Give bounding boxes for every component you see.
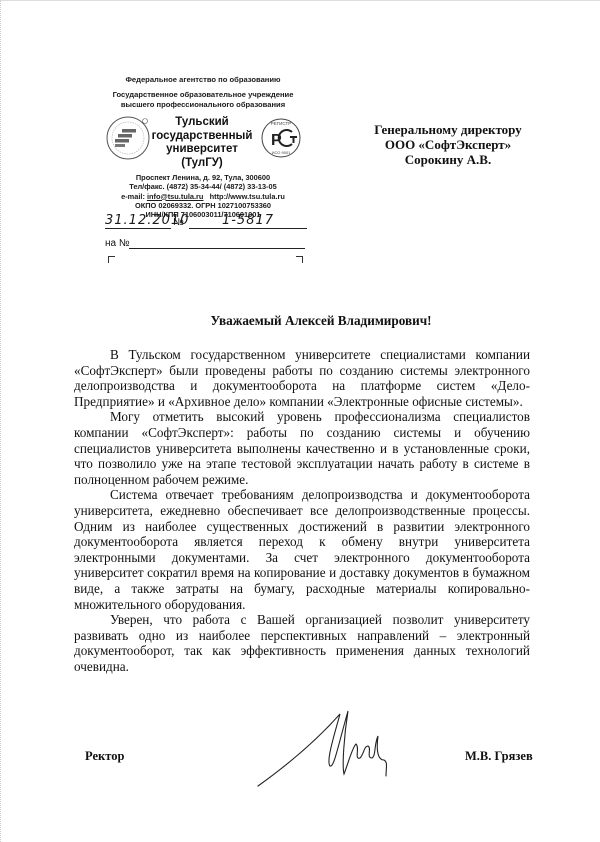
rst-certification-icon: РЕГИСТР Р ИСО 9001 bbox=[260, 117, 302, 159]
corner-mark-right bbox=[296, 256, 303, 263]
university-name-line: (ТулГУ) bbox=[146, 157, 258, 171]
paragraph: Могу отметить высокий уровень профессион… bbox=[74, 409, 530, 487]
email-label: e-mail: bbox=[121, 192, 145, 201]
salutation: Уважаемый Алексей Владимирович! bbox=[61, 313, 581, 329]
website-link[interactable]: http://www.tsu.tula.ru bbox=[210, 192, 285, 201]
paragraph: Уверен, что работа с Вашей организацией … bbox=[74, 612, 530, 674]
svg-text:ИСО 9001: ИСО 9001 bbox=[272, 150, 292, 155]
institution-line-2: высшего профессионального образования bbox=[89, 100, 317, 110]
university-name-line: университет bbox=[146, 143, 258, 157]
svg-text:РЕГИСТР: РЕГИСТР bbox=[271, 121, 292, 126]
university-seal-icon bbox=[105, 115, 151, 161]
institution-line-1: Государственное образовательное учрежден… bbox=[89, 90, 317, 100]
paragraph: Система отвечает требованиям делопроизво… bbox=[74, 487, 530, 612]
reference-label: на № bbox=[105, 238, 130, 249]
reference-row: на № bbox=[105, 238, 305, 249]
phone-fax: Тел/факс. (4872) 35-34-44/ (4872) 33-13-… bbox=[89, 182, 317, 191]
addressee-name: Сорокину А.В. bbox=[341, 152, 555, 167]
letterhead-institution: Государственное образовательное учрежден… bbox=[89, 90, 317, 110]
addressee-block: Генеральному директору ООО «СофтЭксперт»… bbox=[341, 122, 555, 167]
okpo-ogrn: ОКПО 02069332. ОГРН 1027100753360 bbox=[89, 201, 317, 210]
letterhead-agency: Федеральное агентство по образованию bbox=[89, 75, 317, 84]
registration-number: 1-5817 bbox=[189, 213, 307, 229]
paragraph: В Тульском государственном университете … bbox=[74, 347, 530, 409]
letter-page: Федеральное агентство по образованию Гос… bbox=[0, 0, 600, 842]
corner-mark-left bbox=[108, 256, 115, 263]
handwritten-signature-icon bbox=[256, 706, 391, 791]
letter-body: В Тульском государственном университете … bbox=[74, 347, 530, 674]
signatory-name: М.В. Грязев bbox=[465, 749, 533, 764]
university-name: Тульский государственный университет (Ту… bbox=[146, 116, 258, 170]
number-label: № bbox=[173, 217, 184, 228]
email-link[interactable]: info@tsu.tula.ru bbox=[147, 192, 203, 201]
address: Проспект Ленина, д. 92, Тула, 300600 bbox=[89, 173, 317, 182]
addressee-company: ООО «СофтЭксперт» bbox=[341, 137, 555, 152]
email-web-line: e-mail: info@tsu.tula.ru http://www.tsu.… bbox=[89, 192, 317, 201]
registration-date: 31.12.2010 bbox=[105, 213, 171, 229]
addressee-position: Генеральному директору bbox=[341, 122, 555, 137]
registration-row: 31.12.2010 № 1-5817 bbox=[105, 215, 305, 231]
signatory-title: Ректор bbox=[85, 749, 124, 764]
reference-line bbox=[129, 248, 305, 249]
university-name-line: Тульский bbox=[146, 116, 258, 130]
university-name-line: государственный bbox=[146, 130, 258, 144]
